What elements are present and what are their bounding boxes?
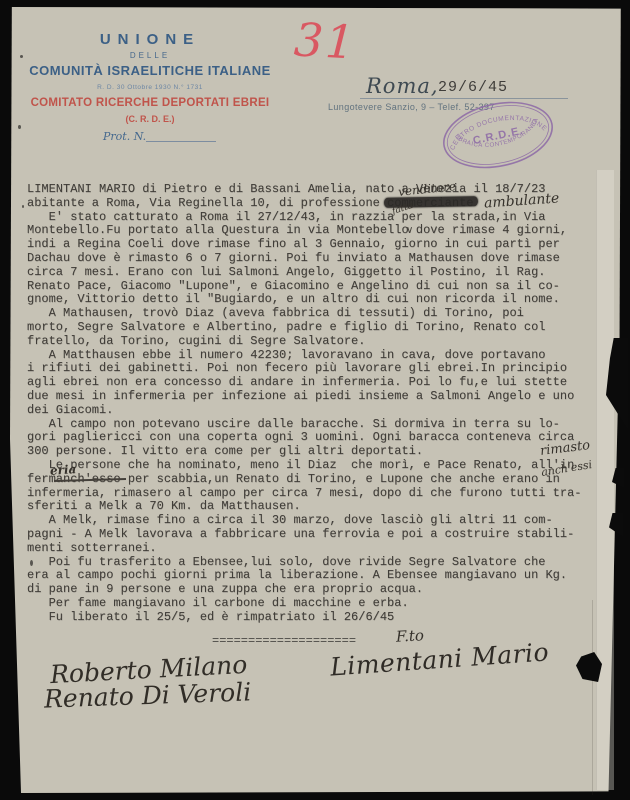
typed-line: sferiti a Melk a 70 Km. da Matthausen.: [27, 500, 582, 514]
typed-line: A Melk, rimase fino a circa il 30 marzo,…: [27, 514, 582, 528]
ink-speck: [18, 125, 21, 129]
handwritten-correction-eria: eria: [50, 462, 77, 478]
committee-name: COMITATO RICERCHE DEPORTATI EBREI: [0, 97, 300, 109]
typed-line: agli ebrei non era concesso di andare in…: [27, 376, 582, 390]
typed-separator: ====================: [212, 634, 356, 648]
typed-line: indi a Regina Coeli dove rimase fino al …: [27, 238, 582, 252]
ink-speck: [22, 205, 24, 208]
typed-line: Al campo non potevano uscire dalle barac…: [27, 418, 582, 432]
typed-line: Per fame mangiavano il carbone di macchi…: [27, 597, 582, 611]
scanned-document-photo: UNIONE DELLE COMUNITÀ ISRAELITICHE ITALI…: [0, 0, 630, 800]
typed-line: due mesi in infermeria per infezione ai …: [27, 390, 582, 404]
handwritten-page-number: 31: [293, 12, 358, 69]
typed-line: gnome, Vittorio detto il "Bugiardo, e un…: [27, 293, 582, 307]
typed-line: dei Giacomi.: [27, 404, 582, 418]
typed-line: A Matthausen ebbe il numero 42230; lavor…: [27, 349, 582, 363]
typed-line: infermeria, rimasero al campo per circa …: [27, 487, 582, 501]
dateline-date: 29/6/45: [438, 79, 508, 96]
dateline-city: Roma,: [366, 74, 439, 98]
typed-line: Poi fu trasferito a Ebensee,lui solo, do…: [27, 556, 582, 570]
fto-abbreviation: F.to: [396, 626, 425, 645]
protocol-number-label: Prot. N.: [103, 130, 146, 143]
paper-crease: [592, 600, 593, 795]
typed-line: Dachau dove è rimasto 6 o 7 giorni. Poi …: [27, 252, 582, 266]
typed-line: era al campo pochi giorni prima la liber…: [27, 569, 582, 583]
typed-line: 300 persone. Il vitto era come per gli a…: [27, 445, 582, 459]
committee-abbreviation: (C. R. D. E.): [0, 114, 300, 124]
typed-line: Montebello.Fu portato alla Questura in v…: [27, 224, 582, 238]
typewritten-testimony: LIMENTANI MARIO di Pietro e di Bassani A…: [27, 183, 582, 625]
typed-line: morto, Segre Salvatore e Albertino, padr…: [27, 321, 582, 335]
tape-strip: [596, 170, 614, 790]
typed-line: Renato Pace, Giacomo "Lupone", e Giacomi…: [27, 280, 582, 294]
typed-line: fratello, da Torino, cugini di Segre Sal…: [27, 335, 582, 349]
royal-decree-line: R. D. 30 Ottobre 1930 N.° 1731: [0, 84, 300, 91]
typed-line: E' stato catturato a Roma il 27/12/43, i…: [27, 211, 582, 225]
typed-line: A Mathausen, trovò Diaz (aveva fabbrica …: [27, 307, 582, 321]
typed-line: i rifiuti dei gabinetti. Poi non fecero …: [27, 362, 582, 376]
typed-line: menti sotterranei.: [27, 542, 582, 556]
protocol-number-blank-line: [146, 141, 216, 142]
typed-line: Le persone che ha nominato, meno il Diaz…: [27, 459, 582, 473]
insertion-caret-mark: ∨: [406, 225, 413, 236]
typed-line: Fu liberato il 25/5, ed è rimpatriato il…: [27, 611, 582, 625]
typed-line: circa 7 mesi. Erano con lui Salmoni Ange…: [27, 266, 582, 280]
org-name-line2: DELLE: [0, 51, 300, 60]
org-name-line1: UNIONE: [0, 31, 300, 48]
typed-line: pagni - A Melk lavorava a fabbricare una…: [27, 528, 582, 542]
typed-line: di pane in 9 persone e una zuppa che era…: [27, 583, 582, 597]
org-name-line3: COMUNITÀ ISRAELITICHE ITALIANE: [0, 63, 300, 78]
typed-line: gori pagliericci con una coperta ogni 3 …: [27, 431, 582, 445]
